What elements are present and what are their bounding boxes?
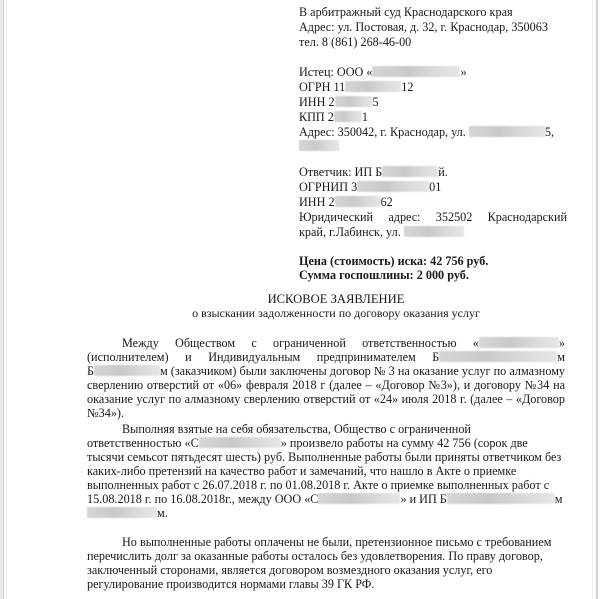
- inn-suffix: 62: [381, 195, 393, 209]
- text: »: [559, 336, 565, 350]
- document-page: В арбитражный суд Краснодарского края Ад…: [0, 0, 600, 599]
- text: 15.08.2018 г. по 16.08.2018г., между ООО…: [87, 492, 318, 506]
- text: ответственностью «С: [87, 436, 199, 450]
- legal-address-prefix: край, г.Лабинск, ул.: [299, 225, 404, 239]
- redacted-text: [334, 111, 362, 122]
- defendant-legal-address: Юридический адрес: 352502 Краснодарский: [299, 210, 567, 224]
- ogrn-prefix: ОГРН 11: [299, 80, 345, 94]
- ogrnip-suffix: 01: [429, 180, 441, 194]
- p2-line-2: ответственностью «С» произвело работы на…: [87, 436, 528, 450]
- redacted-text: [199, 437, 281, 448]
- defendant-inn: ИНН 262: [299, 195, 393, 209]
- redacted-text: [469, 126, 545, 137]
- text: Между Обществом с ограниченной ответстве…: [122, 336, 479, 350]
- plaintiff-name-suffix: »: [460, 65, 466, 79]
- address-suffix: 5,: [545, 125, 554, 139]
- inn-suffix: 5: [373, 95, 379, 109]
- p1-line-5: оказание услуг по алмазному сверлению от…: [87, 392, 565, 406]
- defendant-name-suffix: й.: [438, 165, 448, 179]
- p1-line-4: сверлению отверстий от «06» февраля 2018…: [87, 378, 565, 392]
- plaintiff-address-cont: [299, 139, 339, 153]
- plaintiff-name-prefix: Истец: ООО «: [299, 65, 372, 79]
- plaintiff-address: Адрес: 350042, г. Краснодар, ул. 5,: [299, 125, 554, 139]
- kpp-prefix: КПП 2: [299, 110, 334, 124]
- text: » и ИП Б: [400, 492, 446, 506]
- p2-line-5: выполненных работ с 26.07.2018 г. по 01.…: [87, 478, 549, 492]
- claim-price: Цена (стоимость) иска: 42 756 руб.: [299, 254, 488, 268]
- p3-line-2: перечислить долг за оказанные работы ост…: [87, 549, 543, 563]
- text: » произвело работы на сумму 42 756 (соро…: [281, 436, 528, 450]
- p1-line-1: Между Обществом с ограниченной ответстве…: [87, 336, 565, 350]
- defendant-name: Ответчик: ИП Бй.: [299, 165, 448, 179]
- redacted-text: [335, 96, 373, 107]
- document-title: ИСКОВОЕ ЗАЯВЛЕНИЕ: [36, 292, 600, 306]
- court-phone: тел. 8 (861) 268-46-00: [299, 35, 411, 49]
- redacted-text: [87, 507, 157, 518]
- redacted-text: [299, 140, 339, 151]
- redacted-text: [404, 226, 464, 237]
- ogrn-suffix: 12: [401, 80, 413, 94]
- p2-line-3: тысячи семьсот пятьдесят шесть) руб. Вып…: [87, 450, 561, 464]
- text: м (заказчиком) были заключены договор № …: [160, 364, 565, 378]
- state-fee: Сумма госпошлины: 2 000 руб.: [299, 268, 469, 282]
- defendant-legal-address-cont: край, г.Лабинск, ул.: [299, 225, 464, 239]
- plaintiff-inn: ИНН 25: [299, 95, 379, 109]
- defendant-ogrnip: ОГРНИП 301: [299, 180, 441, 194]
- address-prefix: Адрес: 350042, г. Краснодар, ул.: [299, 125, 469, 139]
- p3-line-1: Но выполненные работы оплачены не были, …: [87, 535, 551, 549]
- plaintiff-name: Истец: ООО «»: [299, 65, 467, 79]
- court-name: В арбитражный суд Краснодарского края: [299, 5, 513, 19]
- court-address: Адрес: ул. Постовая, д. 32, г. Краснодар…: [299, 20, 548, 34]
- text: м: [555, 492, 563, 506]
- p1-line-2: (исполнителем) и Индивидуальным предприн…: [87, 350, 565, 364]
- inn-prefix: ИНН 2: [299, 95, 335, 109]
- inn-prefix: ИНН 2: [299, 195, 335, 209]
- p3-line-4: регулирование производится нормами главы…: [87, 577, 374, 591]
- text: Б: [87, 364, 94, 378]
- plaintiff-ogrn: ОГРН 1112: [299, 80, 413, 94]
- text: (исполнителем) и Индивидуальным предприн…: [87, 350, 439, 364]
- p2-line-6: 15.08.2018 г. по 16.08.2018г., между ООО…: [87, 492, 563, 506]
- plaintiff-kpp: КПП 21: [299, 110, 368, 124]
- defendant-name-prefix: Ответчик: ИП Б: [299, 165, 382, 179]
- redacted-text: [479, 337, 559, 348]
- p2-line-7: м.: [87, 506, 168, 520]
- p2-line-1: Выполняя взятые на себя обязательства, О…: [87, 422, 471, 436]
- text: м: [557, 350, 565, 364]
- redacted-text: [382, 166, 438, 177]
- p2-line-4: каких-либо претензий на качество работ и…: [87, 464, 516, 478]
- redacted-text: [345, 81, 401, 92]
- document-subtitle: о взыскании задолженности по договору ок…: [36, 306, 600, 320]
- ogrnip-prefix: ОГРНИП 3: [299, 180, 357, 194]
- p3-line-3: заключенный сторонами, является договоро…: [87, 563, 492, 577]
- redacted-text: [372, 66, 460, 77]
- p1-line-3: Бм (заказчиком) были заключены договор №…: [87, 364, 565, 378]
- redacted-text: [94, 365, 160, 376]
- redacted-text: [335, 196, 381, 207]
- redacted-text: [439, 351, 557, 362]
- text: м.: [157, 506, 168, 520]
- p1-line-6: №34»).: [87, 406, 124, 420]
- redacted-text: [357, 181, 429, 192]
- kpp-suffix: 1: [362, 110, 368, 124]
- redacted-text: [447, 493, 555, 504]
- redacted-text: [318, 493, 400, 504]
